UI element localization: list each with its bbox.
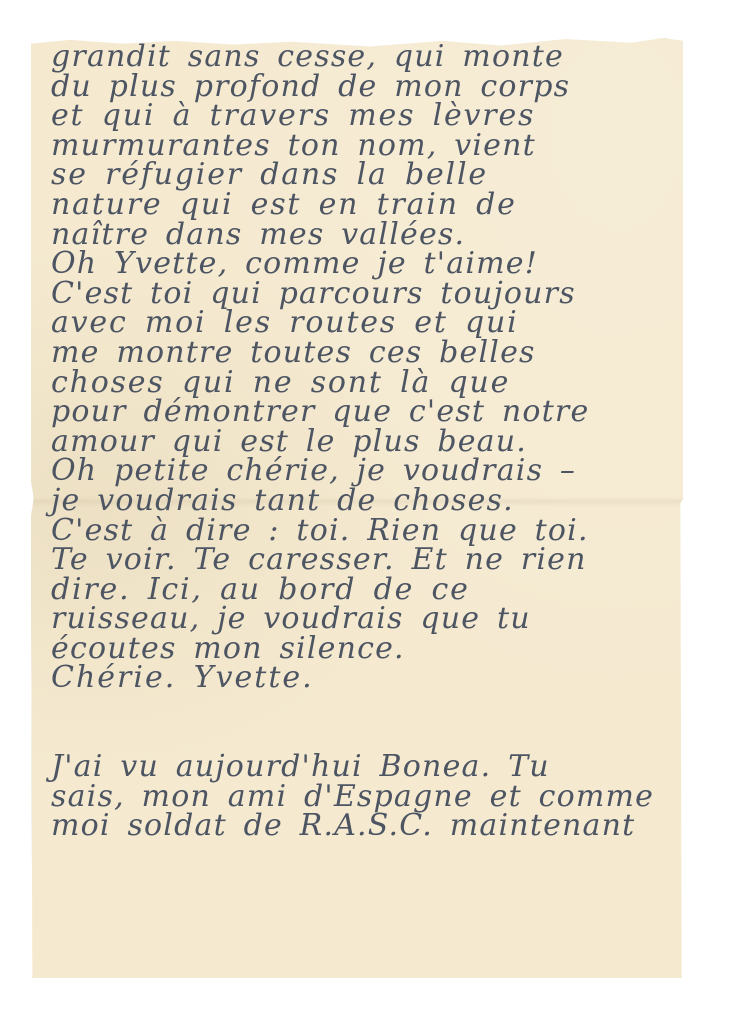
letter-line: C'est toi qui parcours toujours	[51, 279, 675, 309]
letter-line: écoutes mon silence.	[51, 634, 675, 664]
letter-line: naître dans mes vallées.	[51, 220, 675, 250]
postscript-line: moi soldat de R.A.S.C. maintenant	[51, 811, 675, 841]
letter-line: C'est à dire : toi. Rien que toi.	[51, 516, 675, 546]
letter-line: avec moi les routes et qui	[51, 308, 675, 338]
letter-line: se réfugier dans la belle	[51, 160, 675, 190]
letter-line: nature qui est en train de	[51, 190, 675, 220]
letter-line: murmurantes ton nom, vient	[51, 131, 675, 161]
letter-line: me montre toutes ces belles	[51, 338, 675, 368]
letter-line: grandit sans cesse, qui monte	[51, 42, 675, 72]
letter-line: Oh Yvette, comme je t'aime!	[51, 249, 675, 279]
letter-line: je voudrais tant de choses.	[51, 486, 675, 516]
letter-page: grandit sans cesse, qui monte du plus pr…	[31, 38, 683, 978]
letter-line: choses qui ne sont là que	[51, 368, 675, 398]
signature-line: Chérie. Yvette.	[51, 663, 675, 693]
letter-line: du plus profond de mon corps	[51, 72, 675, 102]
letter-line: Te voir. Te caresser. Et ne rien	[51, 545, 675, 575]
postscript-line: sais, mon ami d'Espagne et comme	[51, 782, 675, 812]
letter-line: amour qui est le plus beau.	[51, 427, 675, 457]
letter-line: ruisseau, je voudrais que tu	[51, 604, 675, 634]
letter-line: pour démontrer que c'est notre	[51, 397, 675, 427]
letter-body: grandit sans cesse, qui monte du plus pr…	[51, 42, 675, 841]
postscript-line: J'ai vu aujourd'hui Bonea. Tu	[51, 752, 675, 782]
letter-line: et qui à travers mes lèvres	[51, 101, 675, 131]
letter-line: dire. Ici, au bord de ce	[51, 575, 675, 605]
letter-line: Oh petite chérie, je voudrais –	[51, 456, 675, 486]
paragraph-gap	[51, 693, 675, 752]
